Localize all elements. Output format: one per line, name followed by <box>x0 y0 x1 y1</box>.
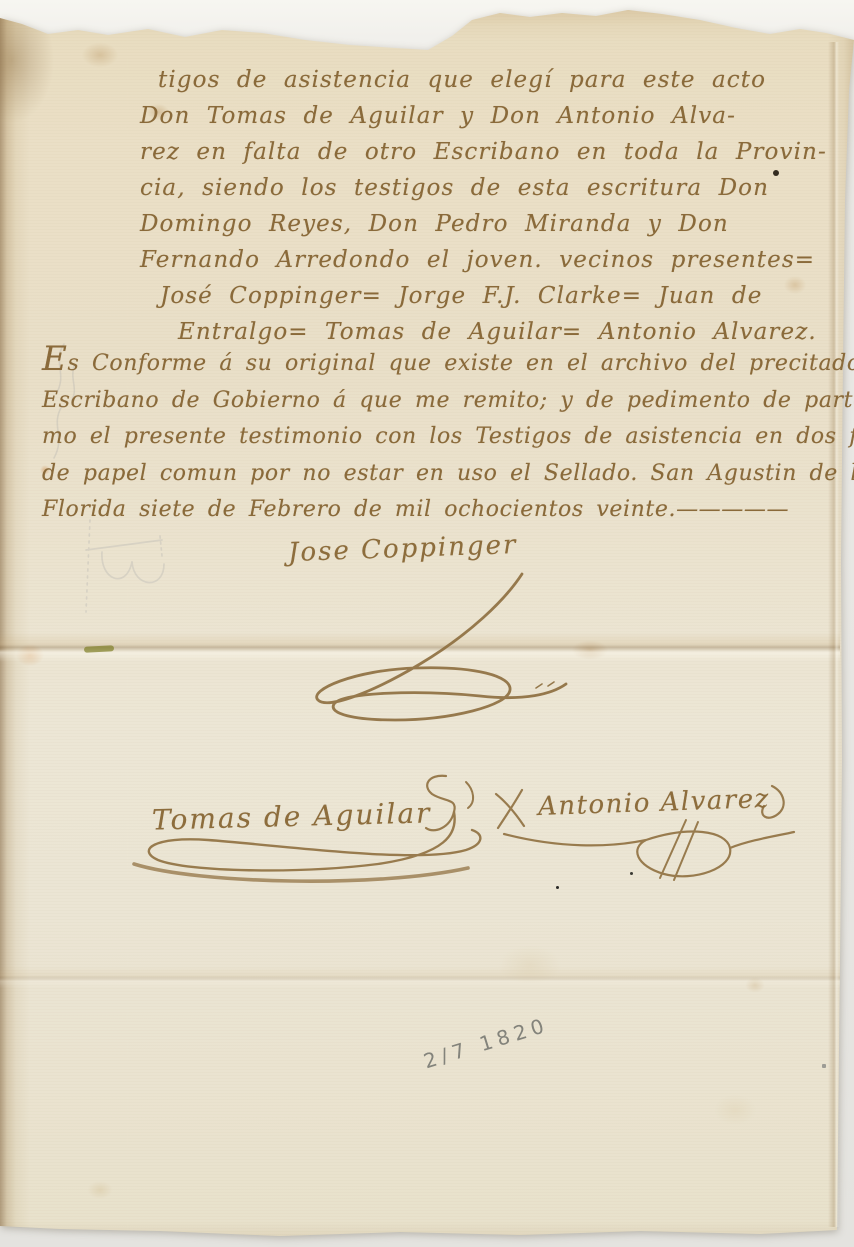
manuscript-line: rez en falta de otro Escribano en toda l… <box>140 134 760 170</box>
manuscript-paragraph-1: tigos de asistencia que elegí para este … <box>140 62 760 350</box>
manuscript-line: cia, siendo los testigos de esta escritu… <box>140 170 760 206</box>
manuscript-line: Escribano de Gobierno á que me remito; y… <box>42 383 842 420</box>
manuscript-line: Es Conforme á su original que existe en … <box>42 346 842 383</box>
manuscript-line: tigos de asistencia que elegí para este … <box>140 62 760 98</box>
photo-background: tigos de asistencia que elegí para este … <box>0 0 854 1247</box>
manuscript-line: Florida siete de Febrero de mil ochocien… <box>42 492 842 529</box>
manuscript-line: de papel comun por no estar en uso el Se… <box>42 456 842 493</box>
manuscript-line: Don Tomas de Aguilar y Don Antonio Alva- <box>140 98 760 134</box>
manuscript-line: mo el presente testimonio con los Testig… <box>42 419 842 456</box>
manuscript-line: Fernando Arredondo el joven. vecinos pre… <box>140 242 760 278</box>
manuscript-paragraph-2: Es Conforme á su original que existe en … <box>42 346 842 529</box>
manuscript-line: José Coppinger= Jorge F.J. Clarke= Juan … <box>140 278 760 314</box>
manuscript-line: Entralgo= Tomas de Aguilar= Antonio Alva… <box>140 314 760 350</box>
manuscript-line: Domingo Reyes, Don Pedro Miranda y Don <box>140 206 760 242</box>
